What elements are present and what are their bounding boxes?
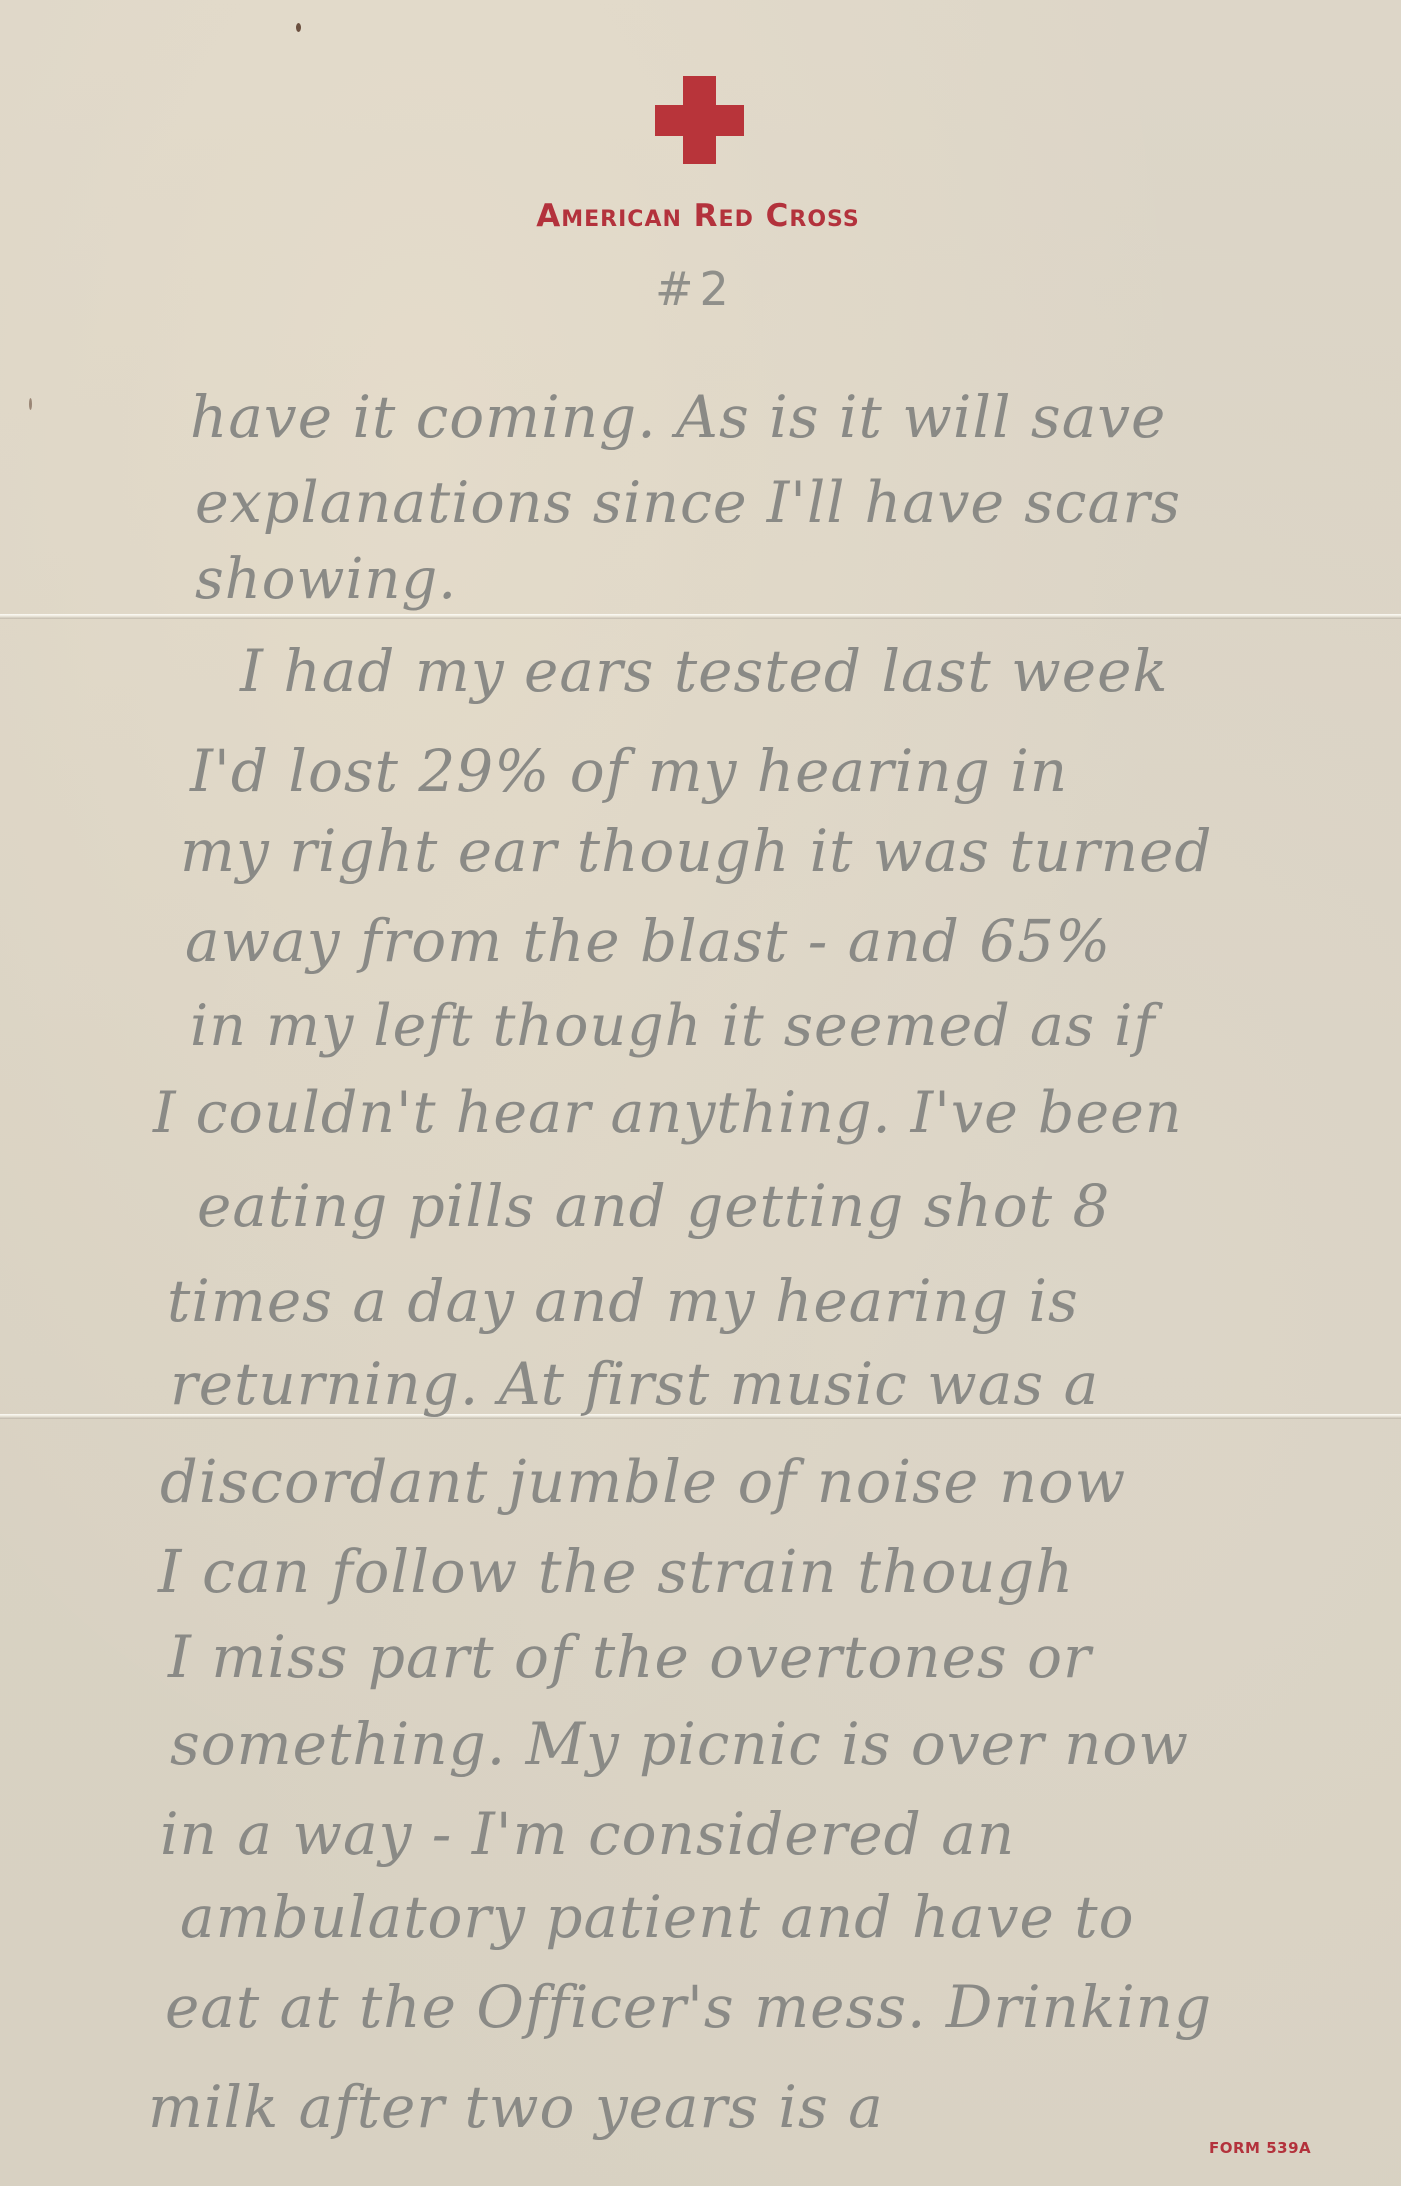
fold-crease: [0, 614, 1401, 619]
letter-line: have it coming. As is it will save: [190, 388, 1166, 446]
letterhead-title: American Red Cross: [449, 198, 947, 234]
letter-line: I miss part of the overtones or: [168, 1628, 1092, 1686]
letter-line: explanations since I'll have scars: [195, 475, 1181, 532]
letter-line: showing.: [195, 552, 457, 608]
letter-line: returning. At first music was a: [170, 1355, 1099, 1413]
paper-speck: [29, 398, 32, 410]
page-number: #2: [655, 262, 735, 316]
letter-line: milk after two years is a: [148, 2078, 884, 2136]
letter-line: ambulatory patient and have to: [180, 1888, 1135, 1946]
letter-line: in my left though it seemed as if: [190, 998, 1156, 1055]
form-number: FORM 539A: [1209, 2139, 1311, 2157]
letter-line: I can follow the strain though: [158, 1542, 1074, 1601]
letter-line: something. My picnic is over now: [170, 1715, 1189, 1773]
letter-line: I had my ears tested last week: [240, 642, 1169, 700]
letter-line: I couldn't hear anything. I've been: [153, 1085, 1183, 1142]
letter-line: eating pills and getting shot 8: [197, 1177, 1110, 1235]
letter-line: my right ear though it was turned: [180, 822, 1213, 880]
paper-speck: [296, 23, 301, 32]
letter-line: discordant jumble of noise now: [160, 1452, 1126, 1511]
letter-line: eat at the Officer's mess. Drinking: [165, 1978, 1212, 2036]
letter-line: in a way - I'm considered an: [160, 1805, 1015, 1863]
letter-line: times a day and my hearing is: [167, 1272, 1079, 1330]
letter-line: away from the blast - and 65%: [185, 912, 1111, 970]
letter-line: I'd lost 29% of my hearing in: [190, 742, 1068, 800]
